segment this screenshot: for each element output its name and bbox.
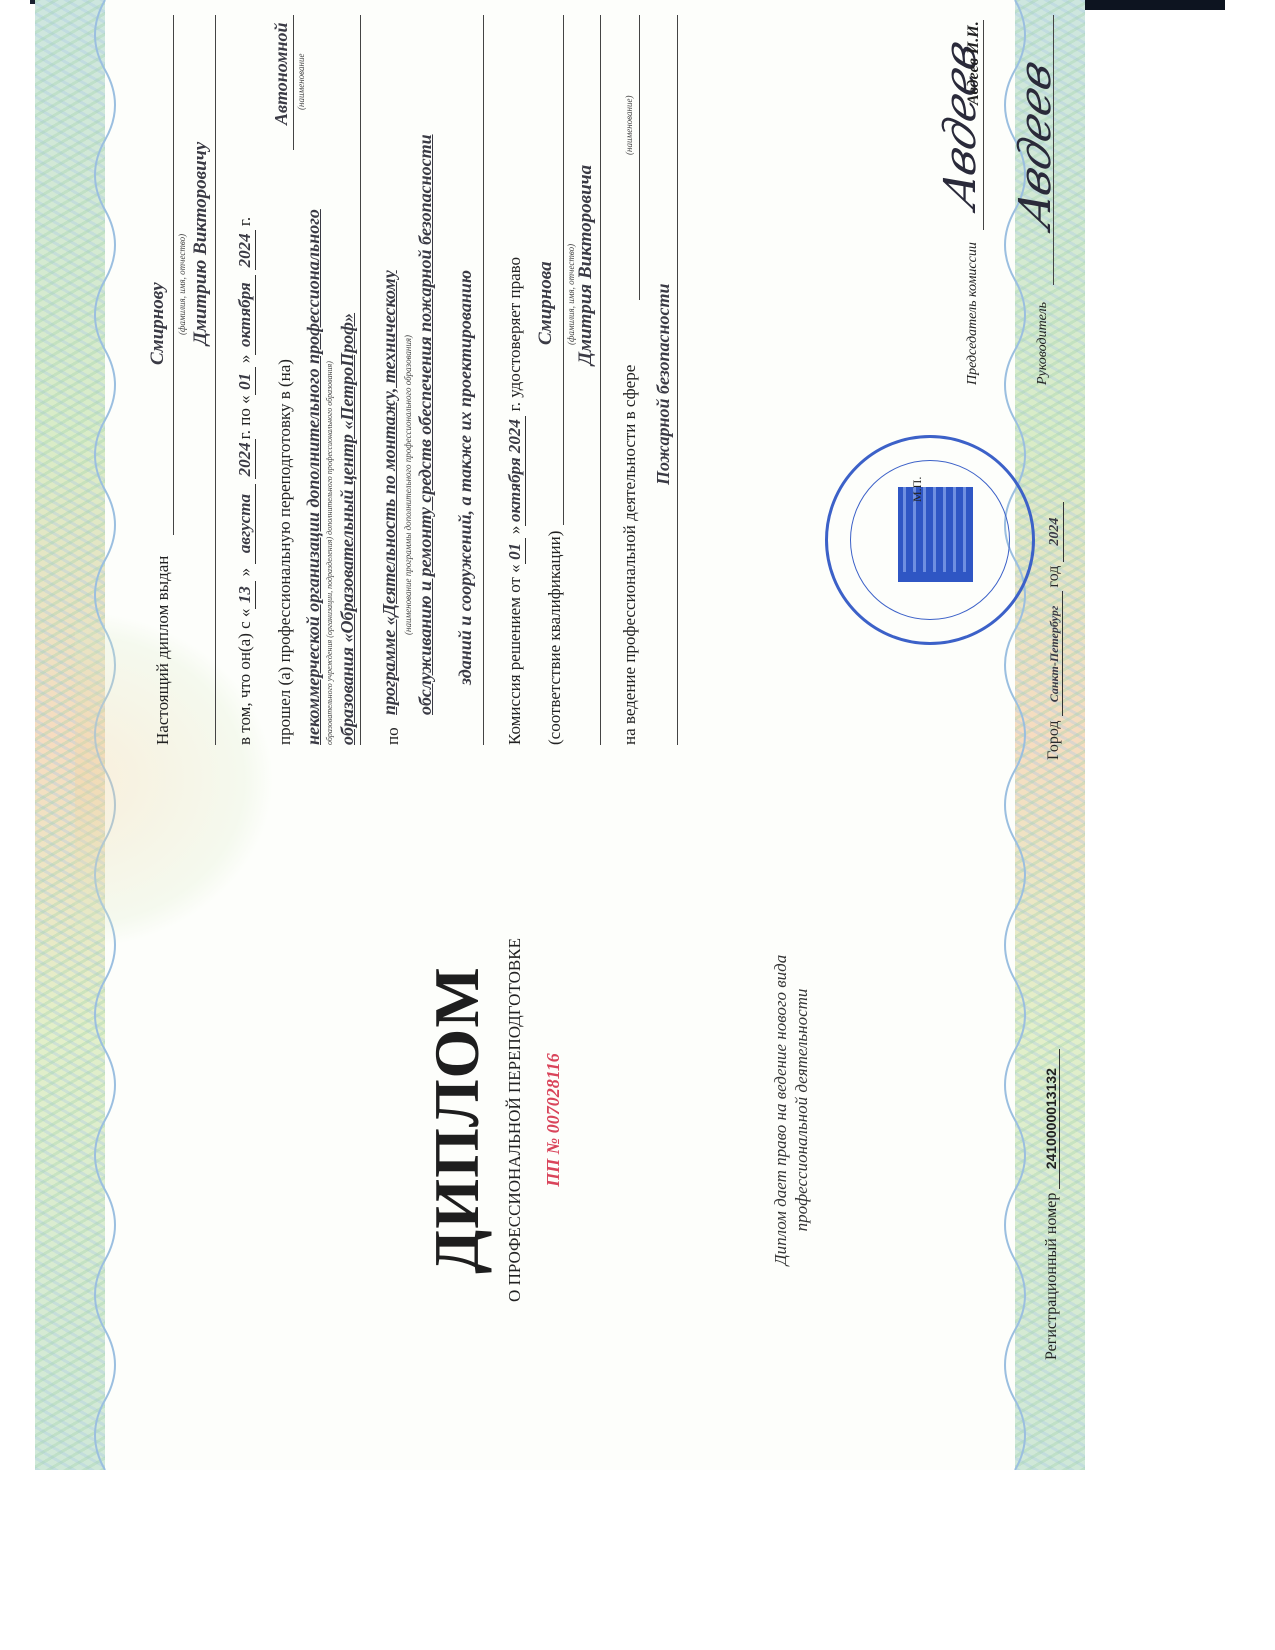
serial-number: ПП № 007028116 [543,770,564,1470]
organization-seal: М.П. [825,435,1035,645]
org-line-1: Автономной [271,23,292,125]
to-month: октября [235,275,256,355]
to-year: 2024 [235,230,256,270]
diploma-sheet: ДИПЛОМ О ПРОФЕССИОНАЛЬНОЙ ПЕРЕПОДГОТОВКЕ… [35,0,1085,1470]
registration-number: 2410000013132 [1043,1049,1060,1189]
rule [215,15,216,745]
sphere-value: Пожарной безопасности [653,284,674,485]
program-line-1: программе «Деятельность по монтажу, техн… [379,270,400,715]
registration-label: Регистрационный номер [1043,1193,1060,1360]
chairman-label: Председатель комиссии [965,242,981,385]
fio-caption: (фамилия, имя, отчество) [177,234,187,335]
commission-day: 01 [505,538,526,564]
diploma-subtitle: О ПРОФЕССИОНАЛЬНОЙ ПЕРЕПОДГОТОВКЕ [505,770,525,1470]
rights-note: Диплом дает право на ведение нового вида… [770,900,813,1320]
scan-edge-corner [1085,0,1225,10]
head-signature: Aвдеев [1010,53,1061,235]
rule [600,15,601,745]
registration: Регистрационный номер 2410000013132 [1043,1049,1061,1360]
rule [677,15,678,745]
from-day: 13 [235,581,256,609]
seal-mp: М.П. [910,477,925,502]
program-caption: (наименование программы дополнительного … [403,335,413,635]
cover-panel: ДИПЛОМ О ПРОФЕССИОНАЛЬНОЙ ПЕРЕПОДГОТОВКЕ… [35,770,1085,1470]
sphere-label: на ведение профессиональной деятельности… [620,365,640,745]
holder-name: Дмитрия Викторовича [575,165,597,365]
from-year: 2024 [235,439,256,479]
city-value: Санкт-Петербург [1047,591,1063,716]
rule [173,15,174,535]
chairman-name: Авдеев И.И. [965,21,983,105]
rule [360,15,361,745]
sphere-caption: (наименование) [624,96,634,155]
from-month: августа [235,484,256,564]
to-day: 01 [235,367,256,395]
commission-decision: Комиссия решением от «01 »октября 2024 г… [505,257,526,745]
study-period: в том, что он(а) с «13 » августа 2024г. … [235,217,256,745]
holder-surname: Смирнова [535,261,557,345]
content-panel: Настоящий диплом выдан Смирнову (фамилия… [35,0,1085,765]
issued-to-label: Настоящий диплом выдан [153,556,173,745]
org-caption-1: (наименование [296,54,306,110]
org-line-3: образования «Образовательный центр «Петр… [337,313,358,745]
rule [483,15,484,745]
year-value: 2024 [1047,502,1064,562]
org-line-2: некоммерческой организации дополнительно… [303,209,324,745]
diploma-title: ДИПЛОМ [420,770,494,1470]
rule [563,15,564,525]
head-label: Руководитель [1035,302,1051,385]
qualification-label: (соответствие квалификации) [545,531,565,745]
rule [639,15,640,300]
program-prefix: по [383,727,403,745]
city-year: Город Санкт-Петербург год 2024 [1045,502,1064,760]
org-caption-2: образовательного учреждения (организации… [325,361,334,745]
commission-date: октября 2024 [505,416,526,526]
program-line-3: зданий и сооружений, а также их проектир… [455,270,476,685]
program-line-2: обслуживанию и ремонту средств обеспечен… [415,134,436,715]
rule [293,15,294,150]
recipient-surname: Смирнову [147,282,169,365]
passed-label: прошел (а) профессиональную переподготов… [275,359,295,745]
recipient-name: Дмитрию Викторовичу [190,142,212,345]
